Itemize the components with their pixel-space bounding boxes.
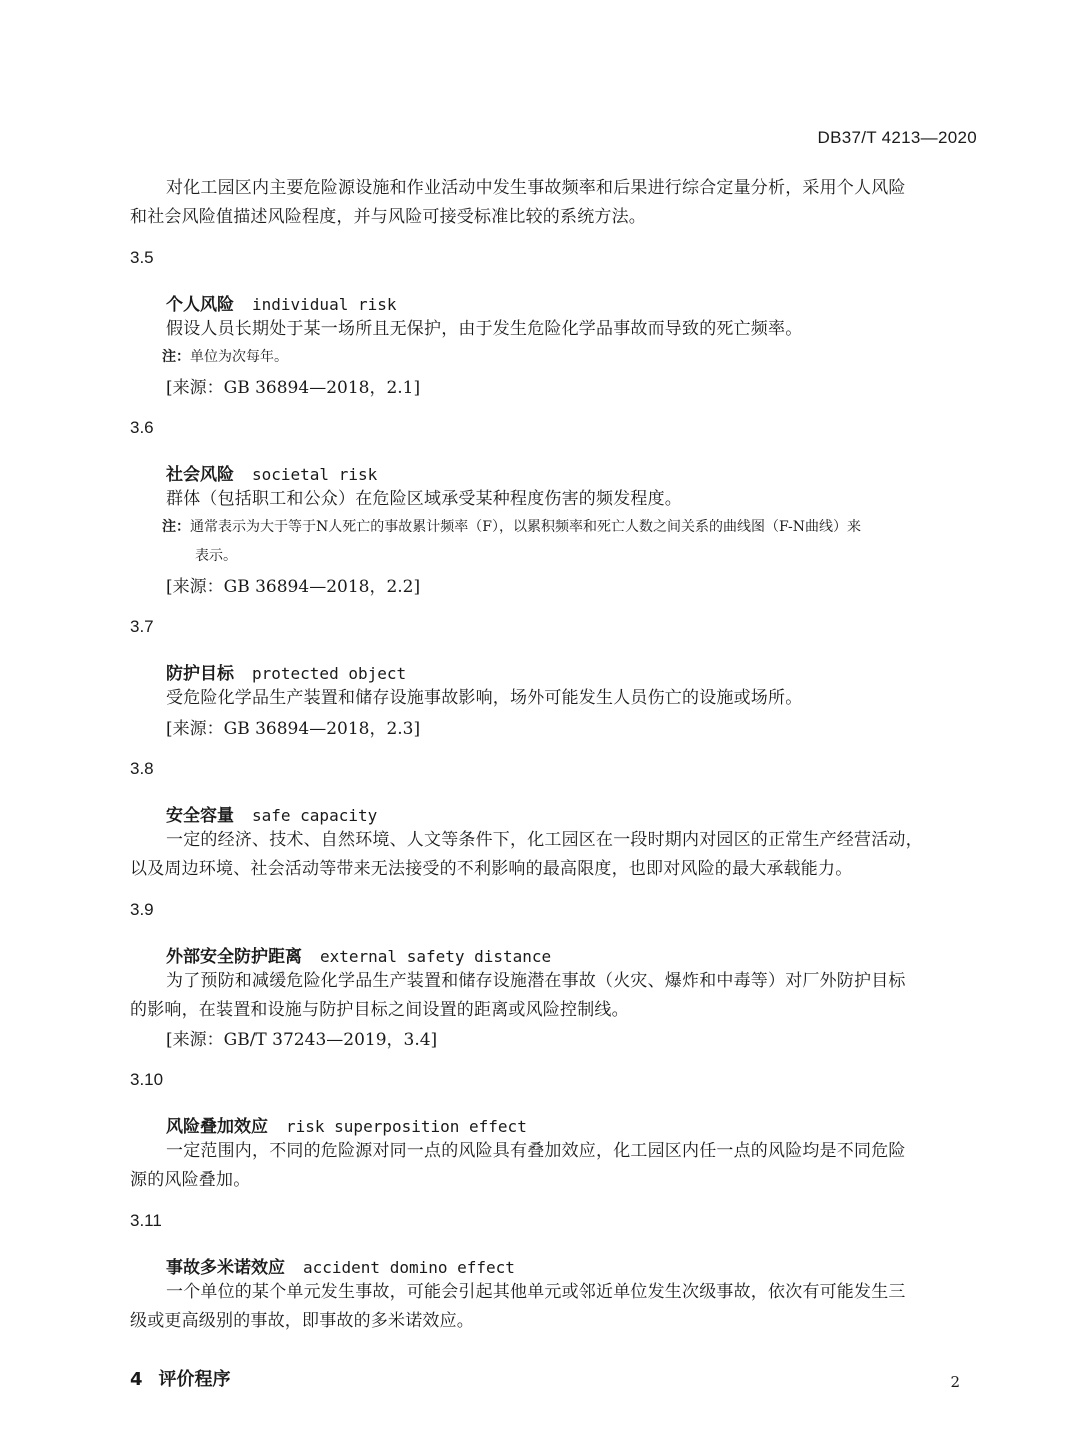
term-cn: 风险叠加效应 bbox=[166, 1117, 268, 1137]
clause-number: 3.8 bbox=[130, 759, 154, 779]
definition-line: 一定的经济、技术、自然环境、人文等条件下，化工园区在一段时期内对园区的正常生产经… bbox=[166, 826, 923, 855]
term-heading: 风险叠加效应risk superposition effect bbox=[166, 1112, 527, 1137]
clause-number: 3.5 bbox=[130, 248, 154, 268]
term-cn: 事故多米诺效应 bbox=[166, 1258, 285, 1278]
note-label: 注： bbox=[162, 519, 190, 535]
term-heading: 个人风险individual risk bbox=[166, 290, 397, 315]
clause-number: 3.7 bbox=[130, 617, 154, 637]
term-heading: 社会风险societal risk bbox=[166, 460, 377, 485]
term-heading: 安全容量safe capacity bbox=[166, 801, 377, 826]
standard-code: DB37/T 4213—2020 bbox=[818, 128, 978, 148]
note: 注：单位为次每年。 bbox=[162, 343, 288, 372]
intro-line-1: 对化工园区内主要危险源设施和作业活动中发生事故频率和后果进行综合定量分析，采用个… bbox=[166, 174, 906, 203]
section-heading: 4评价程序 bbox=[130, 1365, 231, 1391]
term-cn: 防护目标 bbox=[166, 664, 234, 684]
definition-line: 受危险化学品生产装置和储存设施事故影响，场外可能发生人员伤亡的设施或场所。 bbox=[166, 684, 802, 713]
note-text: 单位为次每年。 bbox=[190, 349, 288, 365]
note-label: 注： bbox=[162, 349, 190, 365]
intro-line-2: 和社会风险值描述风险程度，并与风险可接受标准比较的系统方法。 bbox=[130, 203, 646, 232]
definition-line: 的影响，在装置和设施与防护目标之间设置的距离或风险控制线。 bbox=[130, 996, 629, 1025]
source-citation: [来源：GB/T 37243—2019，3.4] bbox=[166, 1025, 437, 1050]
term-en: individual risk bbox=[252, 295, 397, 314]
definition-line: 假设人员长期处于某一场所且无保护，由于发生危险化学品事故而导致的死亡频率。 bbox=[166, 315, 802, 344]
term-heading: 外部安全防护距离external safety distance bbox=[166, 942, 551, 967]
term-heading: 防护目标protected object bbox=[166, 659, 406, 684]
source-citation: [来源：GB 36894—2018，2.3] bbox=[166, 714, 420, 739]
clause-number: 3.11 bbox=[130, 1211, 162, 1231]
term-cn: 安全容量 bbox=[166, 806, 234, 826]
page-number: 2 bbox=[950, 1373, 960, 1391]
term-cn: 个人风险 bbox=[166, 295, 234, 315]
term-en: external safety distance bbox=[320, 947, 551, 966]
term-cn: 社会风险 bbox=[166, 465, 234, 485]
note: 注：通常表示为大于等于N人死亡的事故累计频率（F），以累积频率和死亡人数之间关系… bbox=[162, 513, 861, 542]
term-en: safe capacity bbox=[252, 806, 377, 825]
section-title: 评价程序 bbox=[159, 1369, 231, 1390]
term-en: societal risk bbox=[252, 465, 377, 484]
term-cn: 外部安全防护距离 bbox=[166, 947, 302, 967]
definition-line: 以及周边环境、社会活动等带来无法接受的不利影响的最高限度，也即对风险的最大承载能… bbox=[130, 855, 852, 884]
definition-line: 一个单位的某个单元发生事故，可能会引起其他单元或邻近单位发生次级事故，依次有可能… bbox=[166, 1278, 906, 1307]
term-en: accident domino effect bbox=[303, 1258, 515, 1277]
clause-number: 3.10 bbox=[130, 1070, 163, 1090]
term-en: risk superposition effect bbox=[286, 1117, 527, 1136]
source-citation: [来源：GB 36894—2018，2.2] bbox=[166, 572, 420, 597]
source-citation: [来源：GB 36894—2018，2.1] bbox=[166, 373, 420, 398]
term-heading: 事故多米诺效应accident domino effect bbox=[166, 1253, 515, 1278]
definition-line: 群体（包括职工和公众）在危险区域承受某种程度伤害的频发程度。 bbox=[166, 485, 682, 514]
definition-line: 级或更高级别的事故，即事故的多米诺效应。 bbox=[130, 1307, 474, 1336]
clause-number: 3.9 bbox=[130, 900, 154, 920]
definition-line: 一定范围内，不同的危险源对同一点的风险具有叠加效应，化工园区内任一点的风险均是不… bbox=[166, 1137, 906, 1166]
term-en: protected object bbox=[252, 664, 406, 683]
note-text: 通常表示为大于等于N人死亡的事故累计频率（F），以累积频率和死亡人数之间关系的曲… bbox=[190, 519, 861, 535]
section-number: 4 bbox=[130, 1369, 143, 1390]
definition-line: 为了预防和减缓危险化学品生产装置和储存设施潜在事故（火灾、爆炸和中毒等）对厂外防… bbox=[166, 967, 906, 996]
definition-line: 源的风险叠加。 bbox=[130, 1166, 250, 1195]
clause-number: 3.6 bbox=[130, 418, 154, 438]
note-continuation: 表示。 bbox=[195, 542, 237, 571]
